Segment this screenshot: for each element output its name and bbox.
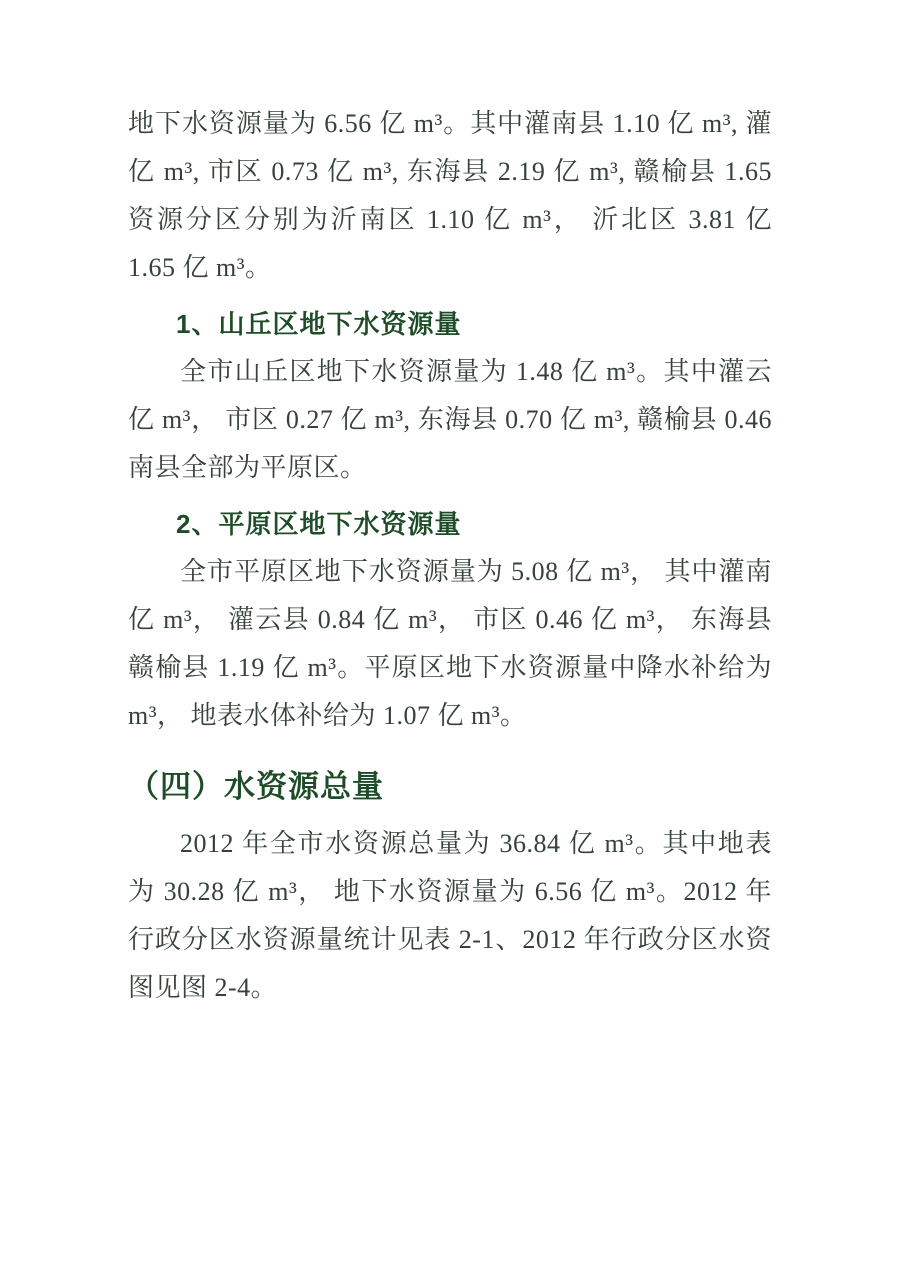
section-heading-total-water-resources: （四）水资源总量 <box>128 764 772 810</box>
text-line: 地下水资源量为 6.56 亿 m³。其中灌南县 1.10 亿 m³, 灌云县 0… <box>128 100 772 148</box>
text-line: 亿 m³， 市区 0.27 亿 m³, 东海县 0.70 亿 m³, 赣榆县 0… <box>128 396 772 444</box>
text-line: m³， 地表水体补给为 1.07 亿 m³。 <box>128 692 772 740</box>
subsection-heading-hilly-area: 1、山丘区地下水资源量 <box>128 300 772 348</box>
text-line: 2012 年全市水资源总量为 36.84 亿 m³。其中地表水资源量 <box>128 820 772 868</box>
text-line: 图见图 2-4。 <box>128 964 772 1012</box>
text-line: 全市山丘区地下水资源量为 1.48 亿 m³。其中灌云县 0.05 <box>128 348 772 396</box>
document-content: 地下水资源量为 6.56 亿 m³。其中灌南县 1.10 亿 m³, 灌云县 0… <box>128 100 772 1012</box>
paragraph-total-water-resources: 2012 年全市水资源总量为 36.84 亿 m³。其中地表水资源量 为 30.… <box>128 820 772 1012</box>
text-line: 1.65 亿 m³。 <box>128 244 772 292</box>
text-line: 亿 m³, 市区 0.73 亿 m³, 东海县 2.19 亿 m³, 赣榆县 1… <box>128 148 772 196</box>
text-line: 为 30.28 亿 m³， 地下水资源量为 6.56 亿 m³。2012 年水资… <box>128 868 772 916</box>
text-line: 全市平原区地下水资源量为 5.08 亿 m³， 其中灌南县 1.10 <box>128 548 772 596</box>
text-line: 亿 m³， 灌云县 0.84 亿 m³， 市区 0.46 亿 m³， 东海县 1… <box>128 596 772 644</box>
paragraph-groundwater-total: 地下水资源量为 6.56 亿 m³。其中灌南县 1.10 亿 m³, 灌云县 0… <box>128 100 772 292</box>
text-line: 资源分区分别为沂南区 1.10 亿 m³， 沂北区 3.81 亿 m³， 赣榆区 <box>128 196 772 244</box>
text-line: 行政分区水资源量统计见表 2-1、2012 年行政分区水资源量示意 <box>128 916 772 964</box>
paragraph-plain-area: 全市平原区地下水资源量为 5.08 亿 m³， 其中灌南县 1.10 亿 m³，… <box>128 548 772 740</box>
paragraph-hilly-area: 全市山丘区地下水资源量为 1.48 亿 m³。其中灌云县 0.05 亿 m³， … <box>128 348 772 492</box>
document-page: 地下水资源量为 6.56 亿 m³。其中灌南县 1.10 亿 m³, 灌云县 0… <box>0 0 900 1272</box>
text-line: 赣榆县 1.19 亿 m³。平原区地下水资源量中降水补给为 4.01 亿 <box>128 644 772 692</box>
text-line: 南县全部为平原区。 <box>128 444 772 492</box>
subsection-heading-plain-area: 2、平原区地下水资源量 <box>128 500 772 548</box>
